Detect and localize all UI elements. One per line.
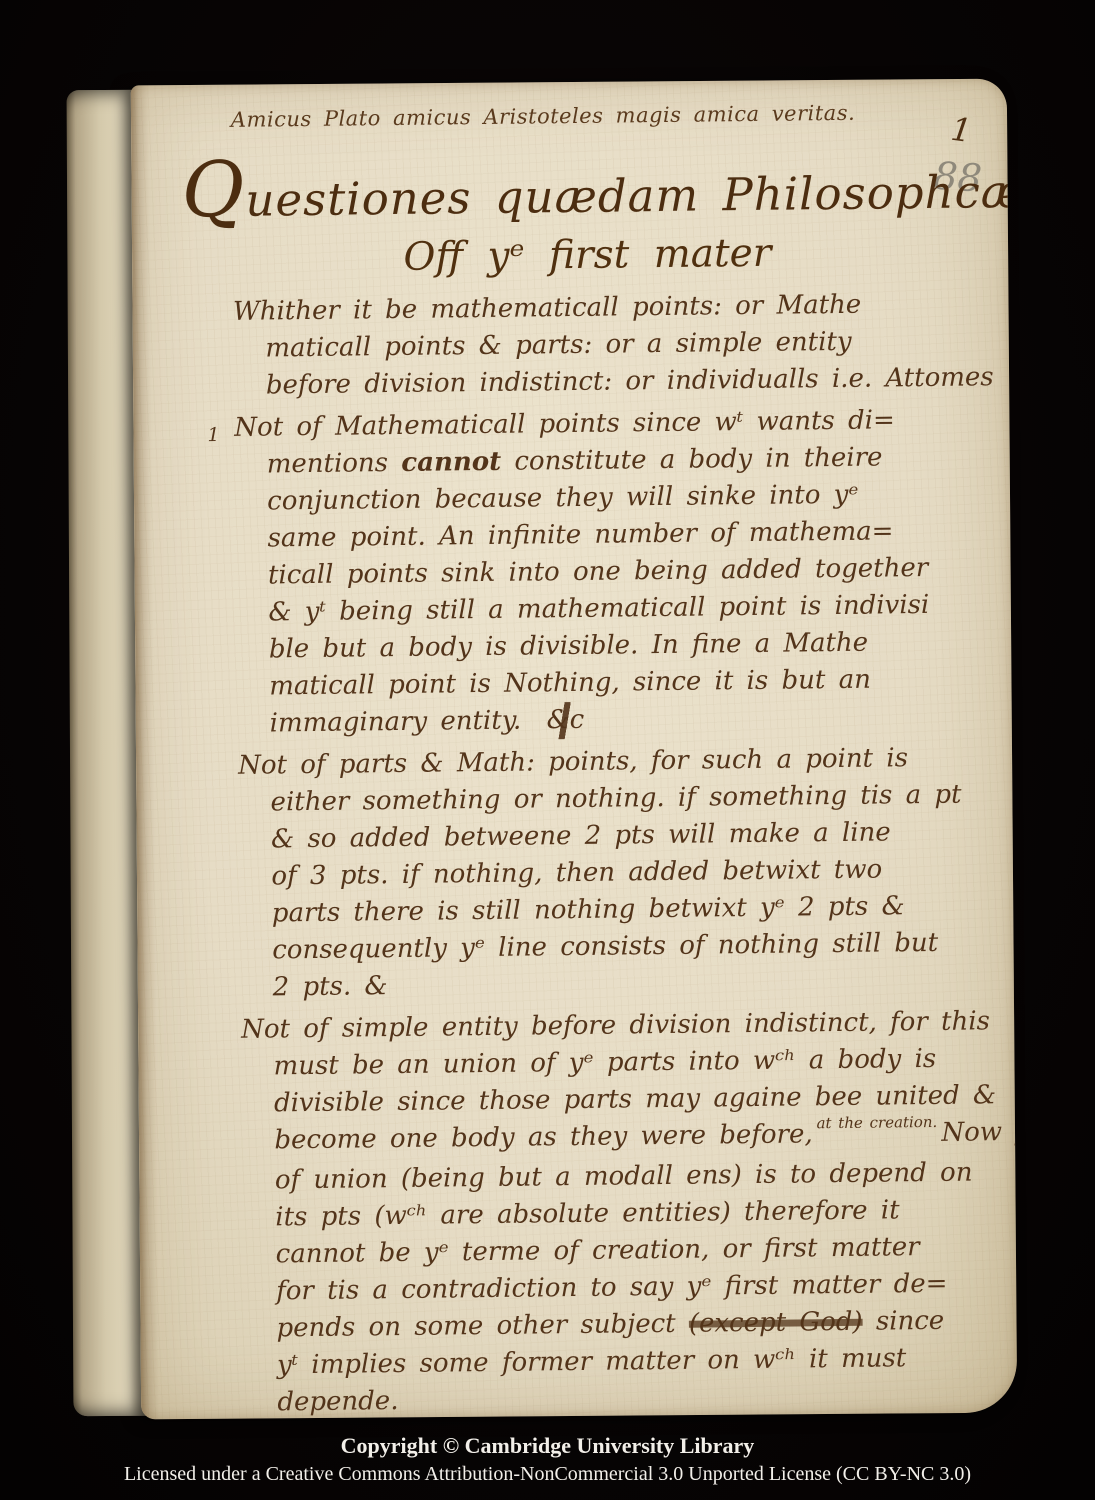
handwriting-segment: become one body as they were before, xyxy=(274,1119,813,1155)
handwriting-segment: conjunction because they will sinke into… xyxy=(267,479,859,516)
handwriting-segment: must be an union of yᵉ parts into wᶜʰ a … xyxy=(273,1043,936,1081)
handwriting-segment: &c xyxy=(534,701,596,739)
manuscript-line: immaginary entity. &c xyxy=(269,697,997,742)
handwriting-segment: depende. xyxy=(277,1386,398,1417)
manuscript-text: Amicus Plato amicus Aristoteles magis am… xyxy=(131,79,1017,1420)
copyright-footer: Copyright © Cambridge University Library… xyxy=(0,1433,1095,1486)
manuscript-line: depende. xyxy=(277,1376,1005,1420)
handwriting-segment: immaginary entity. xyxy=(270,705,535,738)
handwriting-segment: maticall points & parts: or a simple ent… xyxy=(265,326,851,363)
margin-number: 1 xyxy=(207,417,220,454)
handwriting-segment: at the creation. xyxy=(816,1103,937,1141)
handwriting-segment: cannot xyxy=(401,446,501,477)
manuscript-paragraph: Not of parts & Math: points, for such a … xyxy=(188,739,1001,1007)
handwriting-segment: Not of parts & Math: points, for such a … xyxy=(238,743,908,781)
handwriting-segment: cannot be yᵉ terme of creation, or first… xyxy=(276,1232,920,1269)
handwriting-segment: 2 pts. & xyxy=(273,971,388,1002)
handwriting-segment: for tis a contradiction to say yᵉ first … xyxy=(276,1268,948,1306)
handwriting-segment: Whither it be mathematicall points: or M… xyxy=(233,289,862,326)
handwriting-segment: & yᵗ being still a mathematicall point i… xyxy=(268,590,929,627)
handwriting-segment: either something or nothing. if somethin… xyxy=(270,779,961,817)
handwriting-segment: Not of Mathematicall points since wᵗ wan… xyxy=(234,405,895,442)
handwriting-segment: constitute a body in theire xyxy=(501,442,883,476)
handwriting-segment: of union (being but a modall ens) is to … xyxy=(275,1157,973,1195)
manuscript-body: Whither it be mathematicall points: or M… xyxy=(183,285,1006,1420)
license-text: Licensed under a Creative Commons Attrib… xyxy=(0,1463,1095,1486)
manuscript-page: 1 88 Amicus Plato amicus Aristoteles mag… xyxy=(131,79,1017,1420)
photograph-background: 1 88 Amicus Plato amicus Aristoteles mag… xyxy=(0,0,1095,1500)
manuscript-paragraph: Whither it be mathematicall points: or M… xyxy=(183,285,994,405)
handwriting-segment: of 3 pts. if nothing, then added betwixt… xyxy=(271,854,882,891)
handwriting-segment: mentions xyxy=(267,448,402,480)
handwriting-segment: since xyxy=(862,1305,944,1336)
handwriting-segment: (except God) xyxy=(689,1306,863,1338)
manuscript-line: before division indistinct: or individua… xyxy=(266,359,994,404)
handwriting-segment: Now yᵉ nature xyxy=(941,1115,1017,1147)
manuscript-paragraph: 1Not of Mathematicall points since wᵗ wa… xyxy=(184,401,998,743)
handwriting-segment: yᵗ implies some former matter on wᶜʰ it … xyxy=(277,1343,907,1380)
handwriting-segment: same point. An infinite number of mathem… xyxy=(267,516,893,553)
handwriting-segment: pends on some other subject xyxy=(276,1308,689,1343)
handwriting-segment: parts there is still nothing betwixt yᵉ … xyxy=(272,891,905,928)
manuscript-line: 2 pts. & xyxy=(272,961,1000,1006)
copyright-text: Copyright © Cambridge University Library xyxy=(0,1433,1095,1459)
handwriting-segment: & so added betweene 2 pts will make a li… xyxy=(271,817,891,854)
handwriting-segment: maticall point is Nothing, since it is b… xyxy=(269,664,871,701)
handwriting-segment: ticall points sink into one being added … xyxy=(268,553,929,590)
handwriting-segment: consequently yᵉ line consists of nothing… xyxy=(272,927,938,965)
handwriting-segment: Not of simple entity before division ind… xyxy=(241,1006,990,1044)
handwriting-segment: its pts (wᶜʰ are absolute entities) ther… xyxy=(275,1195,900,1232)
handwriting-segment: ble but a body is divisible. In fine a M… xyxy=(269,627,869,664)
handwriting-segment: before division indistinct: or individua… xyxy=(266,362,994,400)
manuscript-paragraph: Not of simple entity before division ind… xyxy=(191,1003,1006,1420)
